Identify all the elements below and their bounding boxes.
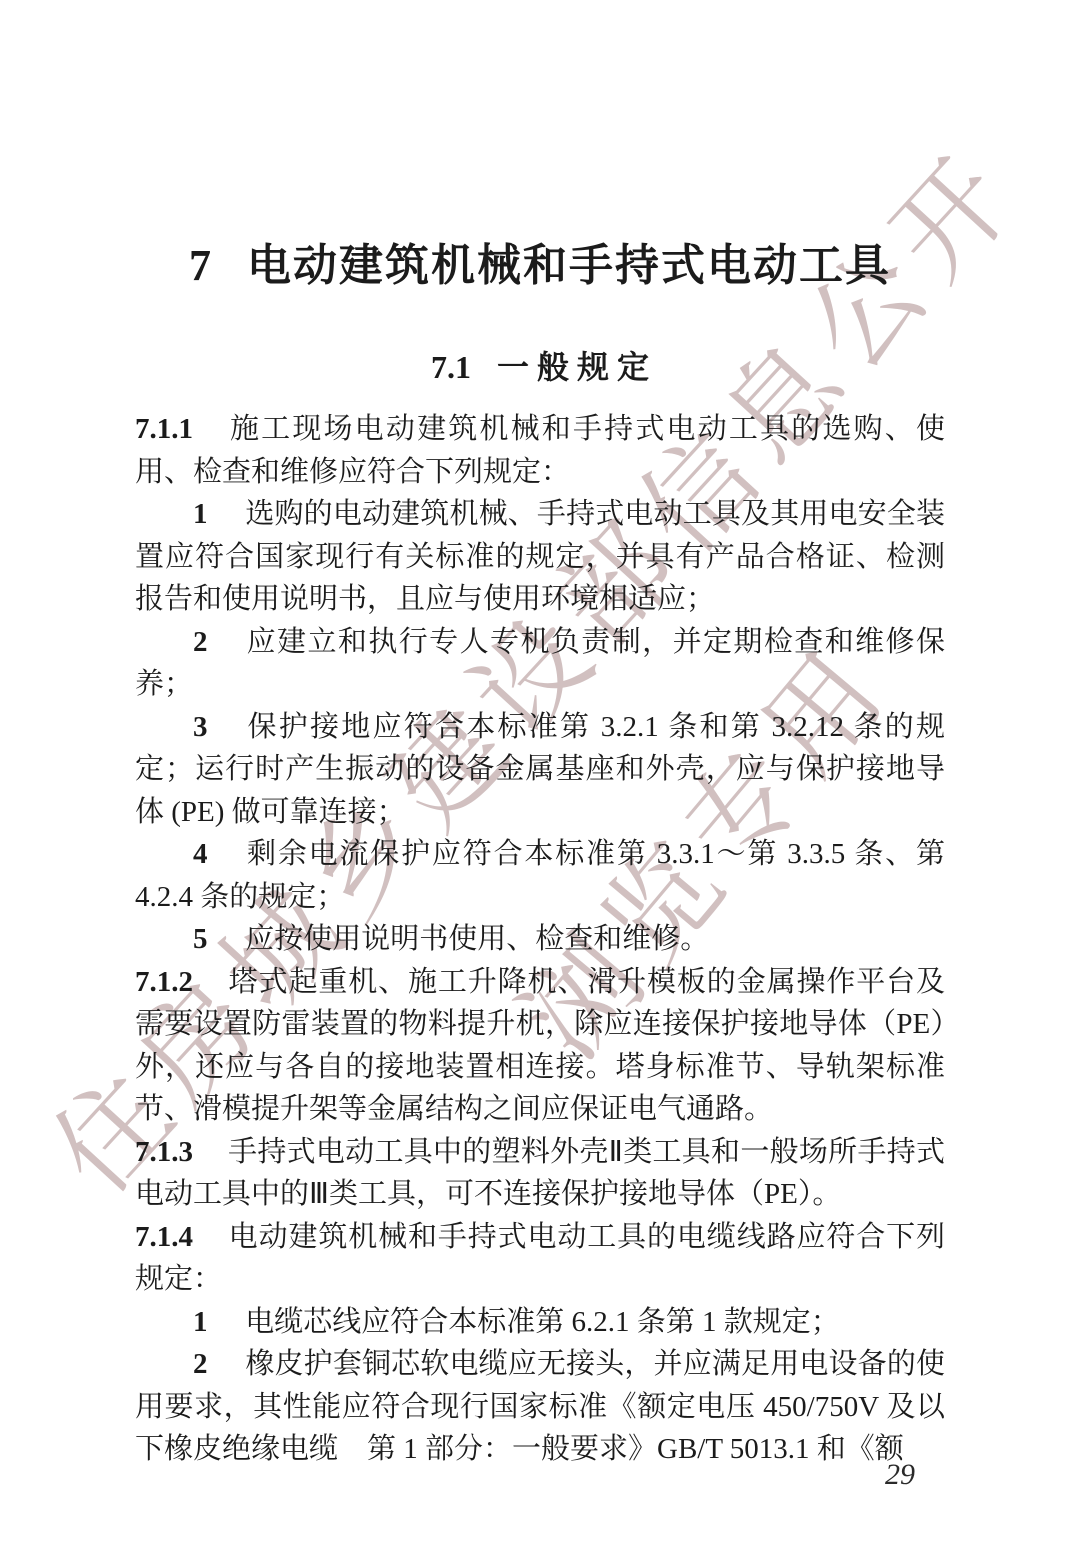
item-paragraph: 2应建立和执行专人专机负责制，并定期检查和维修保养； bbox=[135, 621, 945, 706]
document-page: 住房城乡建设部信息公开 浏览专用 7电动建筑机械和手持式电动工具 7.1一 般 … bbox=[0, 0, 1080, 1564]
item-paragraph: 2橡皮护套铜芯软电缆应无接头，并应满足用电设备的使用要求，其性能应符合现行国家标… bbox=[135, 1343, 945, 1471]
paragraph-number: 3 bbox=[193, 711, 208, 743]
paragraph-text: 电动建筑机械和手持式电动工具的电缆线路应符合下列规定： bbox=[135, 1221, 945, 1296]
section-heading: 7.1一 般 规 定 bbox=[135, 348, 945, 386]
item-paragraph: 5应按使用说明书使用、检查和维修。 bbox=[135, 918, 945, 961]
paragraph-number: 1 bbox=[193, 1306, 208, 1338]
paragraph-text: 保护接地应符合本标准第 3.2.1 条和第 3.2.12 条的规定；运行时产生振… bbox=[135, 711, 945, 828]
paragraph-number: 7.1.2 bbox=[135, 966, 193, 998]
clause-paragraph: 7.1.1施工现场电动建筑机械和手持式电动工具的选购、使用、检查和维修应符合下列… bbox=[135, 408, 945, 493]
paragraph-text: 手持式电动工具中的塑料外壳Ⅱ类工具和一般场所手持式电动工具中的Ⅲ类工具，可不连接… bbox=[135, 1136, 945, 1211]
paragraph-text: 橡皮护套铜芯软电缆应无接头，并应满足用电设备的使用要求，其性能应符合现行国家标准… bbox=[135, 1348, 945, 1465]
chapter-heading: 7电动建筑机械和手持式电动工具 bbox=[135, 240, 945, 292]
item-paragraph: 3保护接地应符合本标准第 3.2.1 条和第 3.2.12 条的规定；运行时产生… bbox=[135, 706, 945, 834]
document-content: 7电动建筑机械和手持式电动工具 7.1一 般 规 定 7.1.1施工现场电动建筑… bbox=[135, 240, 945, 1471]
paragraph-text: 电缆芯线应符合本标准第 6.2.1 条第 1 款规定； bbox=[245, 1306, 840, 1338]
paragraph-number: 7.1.1 bbox=[135, 413, 193, 445]
item-paragraph: 1电缆芯线应符合本标准第 6.2.1 条第 1 款规定； bbox=[135, 1301, 945, 1344]
chapter-number: 7 bbox=[189, 241, 213, 290]
section-title: 一 般 规 定 bbox=[497, 349, 649, 385]
paragraph-text: 塔式起重机、施工升降机、滑升模板的金属操作平台及需要设置防雷装置的物料提升机，除… bbox=[135, 966, 945, 1126]
paragraph-number: 5 bbox=[193, 923, 208, 955]
paragraph-text: 应建立和执行专人专机负责制，并定期检查和维修保养； bbox=[135, 626, 945, 701]
paragraph-text: 施工现场电动建筑机械和手持式电动工具的选购、使用、检查和维修应符合下列规定： bbox=[135, 413, 945, 488]
section-number: 7.1 bbox=[431, 349, 471, 385]
paragraph-number: 4 bbox=[193, 838, 208, 870]
paragraph-text: 剩余电流保护应符合本标准第 3.3.1～第 3.3.5 条、第 4.2.4 条的… bbox=[135, 838, 945, 913]
paragraph-text: 应按使用说明书使用、检查和维修。 bbox=[245, 923, 709, 955]
item-paragraph: 1选购的电动建筑机械、手持式电动工具及其用电安全装置应符合国家现行有关标准的规定… bbox=[135, 493, 945, 621]
clause-paragraph: 7.1.4电动建筑机械和手持式电动工具的电缆线路应符合下列规定： bbox=[135, 1216, 945, 1301]
paragraph-number: 2 bbox=[193, 626, 208, 658]
paragraph-number: 1 bbox=[193, 498, 208, 530]
document-body: 7.1.1施工现场电动建筑机械和手持式电动工具的选购、使用、检查和维修应符合下列… bbox=[135, 408, 945, 1471]
paragraph-number: 7.1.4 bbox=[135, 1221, 193, 1253]
clause-paragraph: 7.1.2塔式起重机、施工升降机、滑升模板的金属操作平台及需要设置防雷装置的物料… bbox=[135, 961, 945, 1131]
paragraph-number: 2 bbox=[193, 1348, 208, 1380]
clause-paragraph: 7.1.3手持式电动工具中的塑料外壳Ⅱ类工具和一般场所手持式电动工具中的Ⅲ类工具… bbox=[135, 1131, 945, 1216]
chapter-title: 电动建筑机械和手持式电动工具 bbox=[247, 241, 891, 290]
paragraph-number: 7.1.3 bbox=[135, 1136, 193, 1168]
item-paragraph: 4剩余电流保护应符合本标准第 3.3.1～第 3.3.5 条、第 4.2.4 条… bbox=[135, 833, 945, 918]
page-number: 29 bbox=[885, 1458, 915, 1492]
paragraph-text: 选购的电动建筑机械、手持式电动工具及其用电安全装置应符合国家现行有关标准的规定，… bbox=[135, 498, 945, 615]
